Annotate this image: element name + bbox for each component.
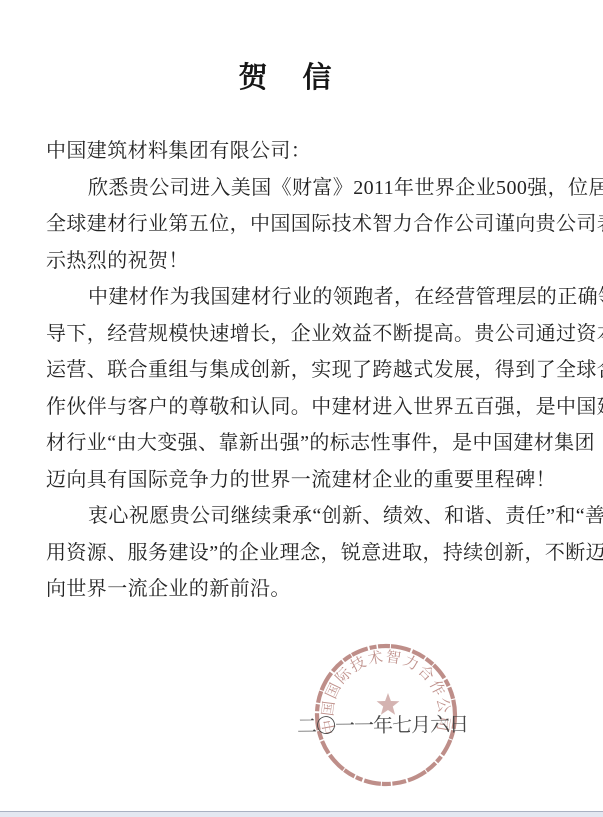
paragraph-line: 作伙伴与客户的尊敬和认同。中建材进入世界五百强，是中国建 [46, 389, 586, 426]
title-char: 信 [303, 55, 333, 96]
page-bottom-bar [0, 811, 603, 817]
paragraph-line: 用资源、服务建设”的企业理念，锐意进取，持续创新，不断迈 [46, 535, 586, 572]
paragraph-line: 示热烈的祝贺！ [46, 243, 586, 280]
paragraph-line: 欣悉贵公司进入美国《财富》2011年世界企业500强，位居 [46, 170, 586, 207]
paragraph-line: 导下，经营规模快速增长，企业效益不断提高。贵公司通过资本 [46, 316, 586, 353]
date-handwritten: 二〇一一年七月六日 [297, 708, 468, 739]
paragraph-line: 中建材作为我国建材行业的领跑者，在经营管理层的正确领 [46, 279, 586, 316]
paragraph-line: 向世界一流企业的新前沿。 [46, 571, 586, 608]
paragraph-2: 中建材作为我国建材行业的领跑者，在经营管理层的正确领 导下，经营规模快速增长，企… [46, 279, 586, 498]
letter-page: 贺 信 中国建筑材料集团有限公司： 欣悉贵公司进入美国《财富》2011年世界企业… [0, 0, 603, 817]
paragraph-3: 衷心祝愿贵公司继续秉承“创新、绩效、和谐、责任”和“善 用资源、服务建设”的企业… [46, 498, 586, 608]
paragraph-line: 迈向具有国际竞争力的世界一流建材企业的重要里程碑！ [46, 462, 586, 499]
paragraph-1: 欣悉贵公司进入美国《财富》2011年世界企业500强，位居 全球建材行业第五位，… [46, 170, 586, 280]
salutation: 中国建筑材料集团有限公司： [46, 133, 586, 170]
paragraph-line: 运营、联合重组与集成创新，实现了跨越式发展，得到了全球合 [46, 352, 586, 389]
paragraph-line: 全球建材行业第五位，中国国际技术智力合作公司谨向贵公司表 [46, 206, 586, 243]
letter-title: 贺 信 [0, 55, 587, 96]
letter-body: 中国建筑材料集团有限公司： 欣悉贵公司进入美国《财富》2011年世界企业500强… [46, 133, 586, 608]
paragraph-line: 衷心祝愿贵公司继续秉承“创新、绩效、和谐、责任”和“善 [46, 498, 586, 535]
title-char: 贺 [238, 55, 268, 96]
paragraph-line: 材行业“由大变强、靠新出强”的标志性事件，是中国建材集团 [46, 425, 586, 462]
